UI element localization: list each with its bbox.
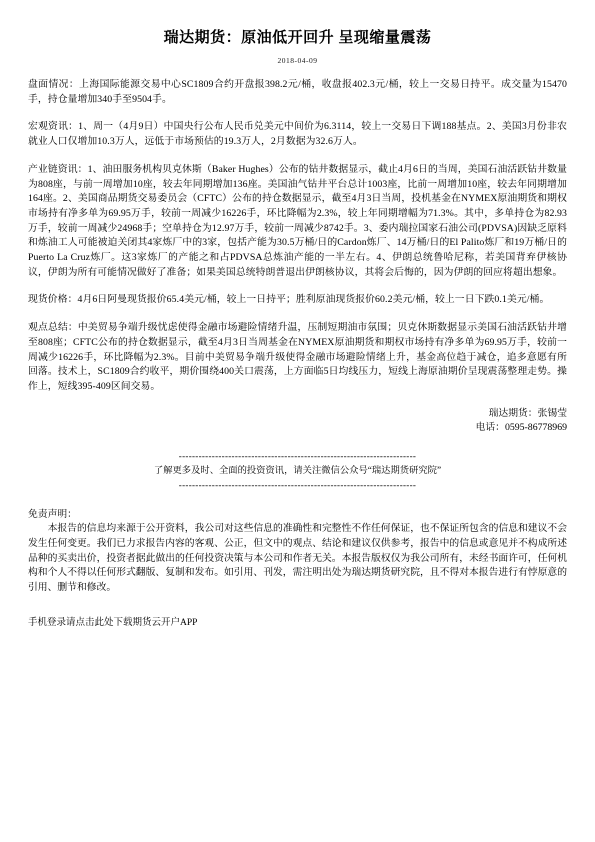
signature-block: 瑞达期货：张锡莹 电话：0595-86778969 [28,407,567,436]
app-download-link[interactable]: 手机登录请点击此处下载期货云开户APP [28,614,197,628]
para-industry-chain-news: 产业链资讯：1、油田服务机构贝克休斯（Baker Hughes）公布的钻井数据显… [28,163,567,281]
wechat-promo-block: ----------------------------------------… [28,449,567,493]
divider-dashes-top: ----------------------------------------… [28,449,567,464]
para-spot-price: 现货价格：4月6日阿曼现货报价65.4美元/桶，较上一日持平；胜利原油现货报价6… [28,293,567,308]
disclaimer-heading: 免责声明： [28,508,567,523]
report-page: 瑞达期货：原油低开回升 呈现缩量震荡 2018-04-09 盘面情况：上海国际能… [0,0,595,842]
disclaimer-body: 本报告的信息均来源于公开资料，我公司对这些信息的准确性和完整性不作任何保证，也不… [28,522,567,596]
disclaimer-section: 免责声明： 本报告的信息均来源于公开资料，我公司对这些信息的准确性和完整性不作任… [28,508,567,596]
report-date: 2018-04-09 [28,56,567,65]
para-viewpoint-summary: 观点总结：中美贸易争端升级忧虑使得金融市场避险情绪升温，压制短期油市氛围；贝克休… [28,321,567,395]
para-macro-news: 宏观资讯：1、周一（4月9日）中国央行公布人民币兑美元中间价为6.3114，较上… [28,120,567,149]
analyst-signature: 瑞达期货：张锡莹 [28,407,567,422]
report-title: 瑞达期货：原油低开回升 呈现缩量震荡 [28,29,567,48]
divider-dashes-bottom: ----------------------------------------… [28,478,567,493]
para-market-overview: 盘面情况：上海国际能源交易中心SC1809合约开盘报398.2元/桶，收盘报40… [28,78,567,107]
wechat-promo-text: 了解更多及时、全面的投资资讯，请关注微信公众号“瑞达期货研究院” [28,464,567,479]
contact-phone: 电话：0595-86778969 [28,421,567,436]
